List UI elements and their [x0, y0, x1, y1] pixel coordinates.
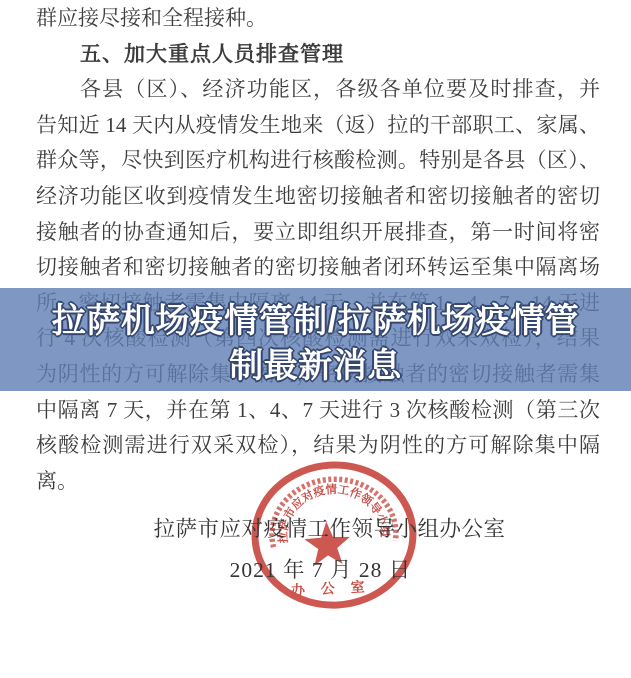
document-line: 群应接尽接和全程接种。	[36, 1, 600, 37]
document-line: 切接触者和密切接触者的密切接触者闭环转运至集中隔离场	[36, 250, 600, 286]
footer-office-line: 拉萨市应对疫情工作领导小组办公室	[14, 514, 631, 544]
banner-title-line-1: 拉萨机场疫情管制/拉萨机场疫情管	[0, 299, 631, 344]
document-body: 群应接尽接和全程接种。五、加大重点人员排查管理各县（区）、经济功能区，各级各单位…	[36, 1, 600, 499]
footer-date-line: 2021 年 7 月 28 日	[5, 555, 631, 585]
document-line: 群众等，尽快到医疗机构进行核酸检测。特别是各县（区）、	[36, 143, 600, 179]
document-line: 经济功能区收到疫情发生地密切接触者和密切接触者的密切	[36, 179, 600, 215]
document-line: 五、加大重点人员排查管理	[36, 37, 600, 73]
document-line: 中隔离 7 天，并在第 1、4、7 天进行 3 次核酸检测（第三次	[36, 393, 600, 429]
notice-page: 群应接尽接和全程接种。五、加大重点人员排查管理各县（区）、经济功能区，各级各单位…	[0, 0, 631, 678]
title-banner: 拉萨机场疫情管制/拉萨机场疫情管 制最新消息	[0, 288, 631, 391]
banner-title-line-2: 制最新消息	[0, 344, 631, 389]
document-line: 各县（区）、经济功能区，各级各单位要及时排查，并	[36, 72, 600, 108]
document-line: 告知近 14 天内从疫情发生地来（返）拉的干部职工、家属、	[36, 108, 600, 144]
document-line: 接触者的协查通知后，要立即组织开展排查，第一时间将密	[36, 215, 600, 251]
